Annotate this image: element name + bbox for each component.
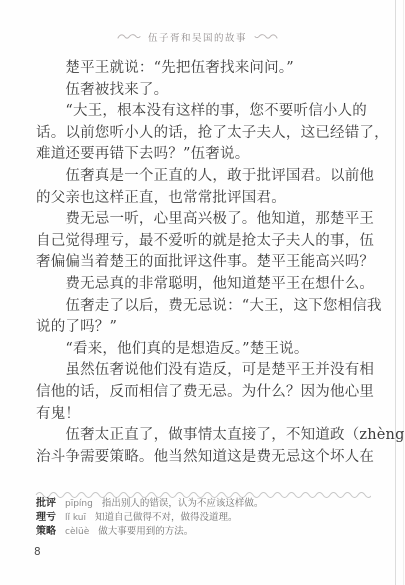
glossary-entry: 策略 cèlüè 做大事要用到的方法。 — [36, 525, 381, 539]
text-line: 伍奢被找来了。 — [36, 80, 369, 102]
running-head: 伍子胥和吴国的故事 — [0, 30, 395, 44]
glossary-term: 批评 — [36, 497, 56, 511]
glossary-entry: 批评 pīpíng 指出别人的错误，认为不应该这样做。 — [36, 497, 381, 511]
glossary-separator-wave — [35, 485, 371, 495]
header-squiggle-right-icon — [254, 32, 278, 42]
glossary-pinyin: cèlüè — [65, 525, 89, 539]
glossary-definition: 知道自己做得不对，做得没道理。 — [95, 511, 238, 525]
text-line: 话。以前您听小人的话，抢了太子夫人，这已经错了， — [36, 123, 369, 145]
glossary-pinyin: pīpíng — [65, 497, 93, 511]
text-line: 的父亲也这样正直，也常常批评国君。 — [36, 188, 369, 210]
book-page: { "header": { "title": "伍子胥和吴国的故事" }, "b… — [0, 0, 405, 585]
text-line: 伍奢太正直了，做事情太直接了，不知道政（zhèng） — [36, 425, 369, 447]
chapter-title: 伍子胥和吴国的故事 — [148, 30, 247, 44]
glossary-term: 策略 — [36, 525, 56, 539]
glossary-entry: 理亏 lǐ kuī 知道自己做得不对，做得没道理。 — [36, 511, 381, 525]
page-edge-line — [395, 0, 396, 585]
text-line: 说的了吗？” — [36, 317, 369, 339]
page-number: 8 — [34, 546, 41, 558]
page-edge-shadow — [403, 0, 404, 585]
text-line: 自己觉得理亏，最不爱听的就是抢太子夫人的事，伍 — [36, 231, 369, 253]
text-line: 楚平王就说：“先把伍奢找来问问。” — [36, 58, 369, 80]
text-line: “大王，根本没有这样的事，您不要听信小人的 — [36, 101, 369, 123]
text-line: 信他的话，反而相信了费无忌。为什么？因为他心里 — [36, 382, 369, 404]
text-line: “看来，他们真的是想造反。”楚王说。 — [36, 339, 369, 361]
text-line: 伍奢走了以后，费无忌说：“大王，这下您相信我 — [36, 296, 369, 318]
text-line: 奢偏偏当着楚王的面批评这件事。楚平王能高兴吗？ — [36, 252, 369, 274]
story-text: 楚平王就说：“先把伍奢找来问问。” 伍奢被找来了。 “大王，根本没有这样的事，您… — [36, 58, 369, 468]
text-line: 伍奢真是一个正直的人，敢于批评国君。以前他 — [36, 166, 369, 188]
text-line: 虽然伍奢说他们没有造反，可是楚平王并没有相 — [36, 360, 369, 382]
text-line: 有鬼！ — [36, 404, 369, 426]
header-squiggle-left-icon — [117, 32, 141, 42]
glossary: 批评 pīpíng 指出别人的错误，认为不应该这样做。 理亏 lǐ kuī 知道… — [36, 497, 381, 539]
text-line: 费无忌一听，心里高兴极了。他知道，那楚平王 — [36, 209, 369, 231]
text-line: 难道还要再错下去吗？”伍奢说。 — [36, 144, 369, 166]
glossary-term: 理亏 — [36, 511, 56, 525]
glossary-definition: 做大事要用到的方法。 — [98, 525, 193, 539]
glossary-pinyin: lǐ kuī — [65, 511, 86, 525]
glossary-definition: 指出别人的错误，认为不应该这样做。 — [102, 497, 264, 511]
text-line: 治斗争需要策略。他当然知道这是费无忌这个坏人在 — [36, 447, 369, 469]
text-line: 费无忌真的非常聪明，他知道楚平王在想什么。 — [36, 274, 369, 296]
